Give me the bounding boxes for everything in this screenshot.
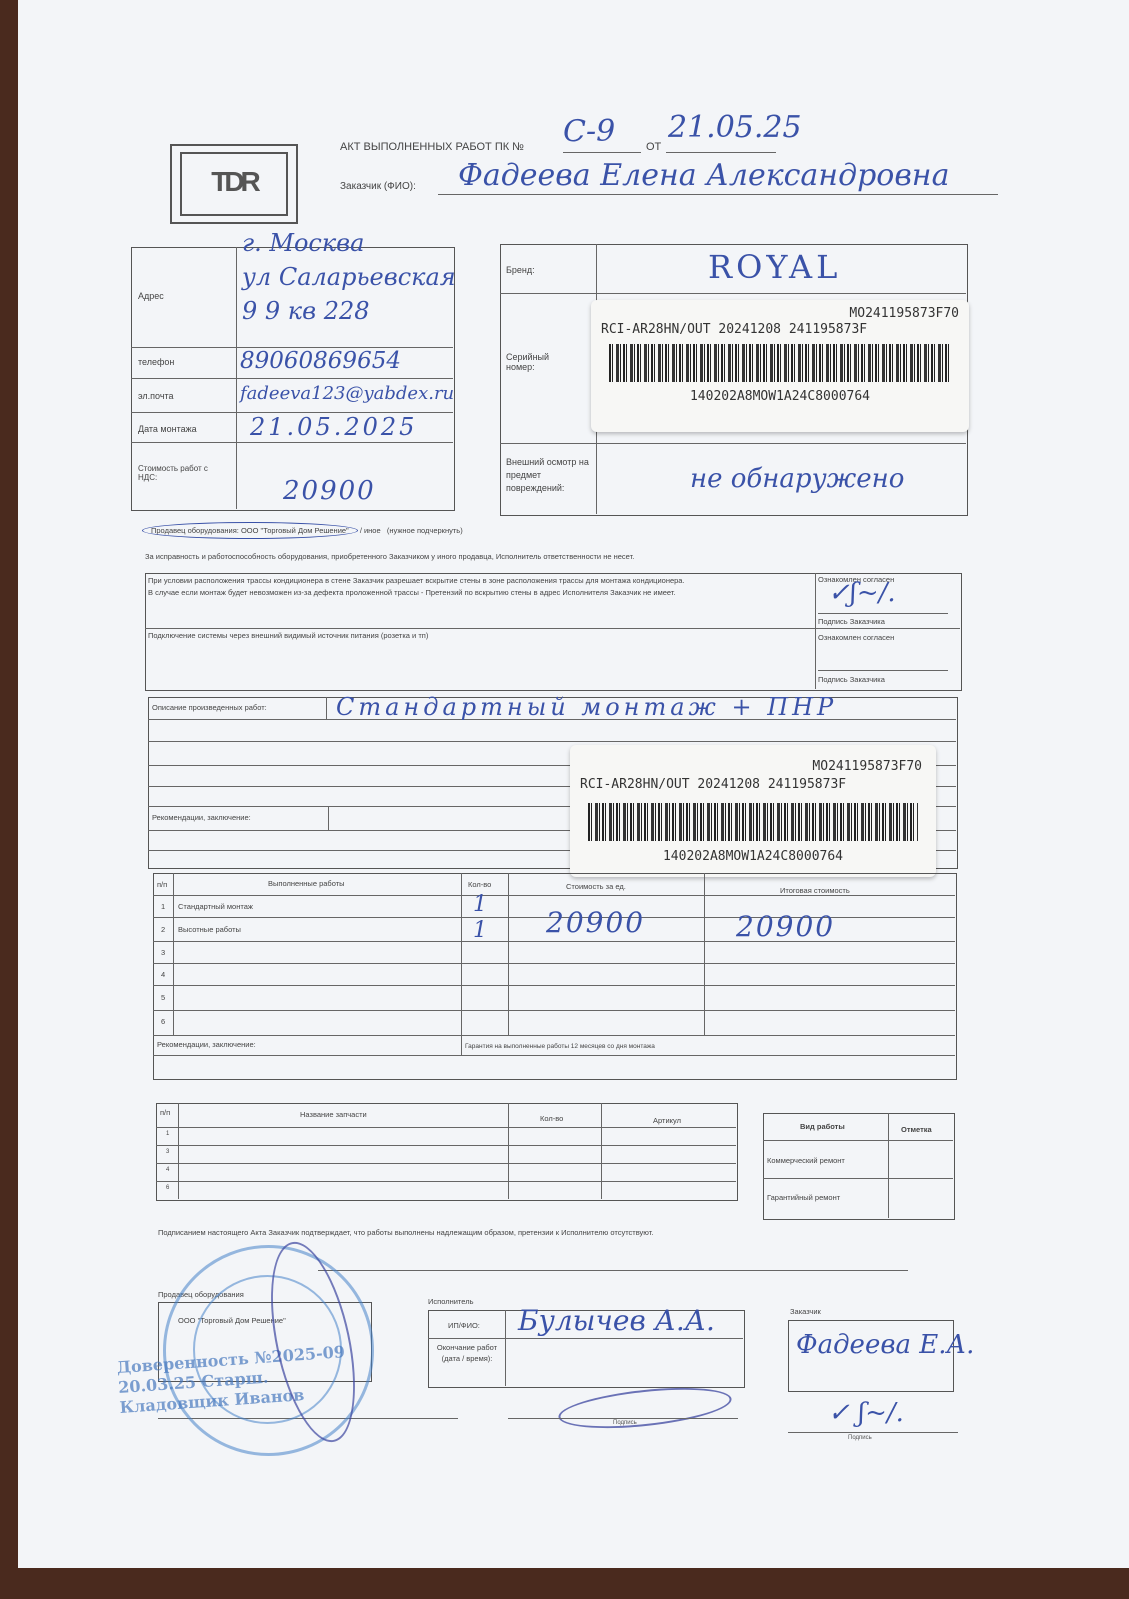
table-row: Гарантийный ремонт bbox=[767, 1193, 840, 1202]
customer-signature-label: Подпись bbox=[848, 1435, 872, 1441]
email-label: эл.почта bbox=[138, 391, 174, 401]
email-value: fadeeva123@yabdex.ru bbox=[240, 383, 454, 404]
table-row: 4 bbox=[161, 970, 165, 979]
serial-label: Серийный номер: bbox=[506, 352, 576, 372]
condition-2-text: Подключение системы через внешний видимы… bbox=[148, 631, 428, 640]
description-label: Описание произведенных работ: bbox=[152, 703, 267, 712]
seller-line: Продавец оборудования: ООО "Торговый Дом… bbox=[142, 522, 463, 539]
warranty-text: Гарантия на выполненные работы 12 месяце… bbox=[465, 1043, 655, 1050]
table-row: 1 bbox=[166, 1131, 169, 1137]
barcode bbox=[609, 344, 949, 382]
cost-value: 20900 bbox=[283, 476, 376, 506]
mark-header: Отметка bbox=[901, 1125, 932, 1134]
work-type-header: Вид работы bbox=[800, 1122, 845, 1131]
table-row: Коммерческий ремонт bbox=[767, 1156, 845, 1165]
phone-label: телефон bbox=[138, 357, 174, 367]
barcode-2 bbox=[588, 803, 918, 841]
phone-value: 89060869654 bbox=[240, 348, 401, 374]
works-header-name: Выполненные работы bbox=[268, 879, 345, 888]
end-date-label: Окончание работ (дата / время): bbox=[434, 1342, 500, 1364]
cost-label: Стоимость работ с НДС: bbox=[138, 464, 228, 482]
condition-2-sign-label: Подпись Заказчика bbox=[818, 675, 885, 684]
seller-disclaimer: За исправность и работоспособность обору… bbox=[145, 552, 634, 561]
parts-header-num: п/п bbox=[160, 1108, 170, 1117]
serial-sticker-2: MO241195873F70 RCI-AR28HN/OUT 20241208 2… bbox=[570, 745, 936, 877]
table-row: 3 bbox=[166, 1149, 169, 1155]
parts-header-name: Название запчасти bbox=[300, 1110, 367, 1119]
parts-header-qty: Кол-во bbox=[540, 1114, 563, 1123]
document-page: TDR АКТ ВЫПОЛНЕННЫХ РАБОТ ПК № С-9 ОТ 21… bbox=[18, 0, 1129, 1568]
confirmation-text: Подписанием настоящего Акта Заказчик под… bbox=[158, 1228, 653, 1237]
condition-2-agree: Ознакомлен согласен bbox=[818, 633, 894, 642]
condition-1-text: При условии расположения трассы кондицио… bbox=[148, 575, 808, 599]
executor-signature bbox=[557, 1381, 734, 1435]
customer-sign-label: Заказчик bbox=[790, 1307, 821, 1316]
condition-1-signature: ✓ʃ~/. bbox=[828, 578, 896, 608]
customer-name: Фадеева Елена Александровна bbox=[458, 158, 949, 193]
customer-signature: ✓ ʃ~/. bbox=[828, 1398, 904, 1428]
executor-fio-label: ИП/ФИО: bbox=[448, 1321, 480, 1330]
address-value: г. Москва ул Саларьевская 9 9 кв 228 bbox=[242, 226, 456, 328]
inspection-value: не обнаружено bbox=[690, 464, 904, 494]
description-recommend-label: Рекомендации, заключение: bbox=[152, 813, 251, 822]
parts-table bbox=[156, 1103, 738, 1201]
table-row: 6 bbox=[166, 1185, 169, 1191]
company-logo: TDR bbox=[170, 144, 298, 224]
brand-label: Бренд: bbox=[506, 265, 535, 275]
address-label: Адрес bbox=[138, 291, 164, 301]
table-row: 3 bbox=[161, 948, 165, 957]
brand-value: ROYAL bbox=[708, 248, 841, 286]
install-date-value: 21.05.2025 bbox=[250, 413, 417, 441]
works-header-total: Итоговая стоимость bbox=[780, 886, 850, 895]
executor-label: Исполнитель bbox=[428, 1297, 473, 1306]
install-date-label: Дата монтажа bbox=[138, 424, 197, 434]
works-recommend-label: Рекомендации, заключение: bbox=[157, 1040, 256, 1049]
logo-text: TDR bbox=[172, 166, 296, 198]
serial-sticker: MO241195873F70 RCI-AR28HN/OUT 20241208 2… bbox=[591, 300, 969, 432]
table-row: 5 bbox=[161, 993, 165, 1002]
act-number: С-9 bbox=[563, 114, 615, 149]
executor-name: Булычев А.А. bbox=[518, 1304, 715, 1337]
description-value: Стандартный монтаж + ПНР bbox=[336, 693, 837, 721]
condition-1-sign-label: Подпись Заказчика bbox=[818, 617, 885, 626]
date-label: ОТ bbox=[646, 141, 661, 153]
works-header-unit: Стоимость за ед. bbox=[566, 882, 626, 891]
act-title: АКТ ВЫПОЛНЕННЫХ РАБОТ ПК № bbox=[340, 141, 524, 153]
table-row: 6 bbox=[161, 1017, 165, 1026]
table-row: 4 bbox=[166, 1167, 169, 1173]
inspection-label: Внешний осмотр на предмет повреждений: bbox=[506, 456, 594, 495]
act-date: 21.05.25 bbox=[668, 110, 802, 145]
works-header-num: п/п bbox=[157, 880, 167, 889]
customer-sign-name: Фадеева Е.А. bbox=[796, 1330, 974, 1360]
works-header-qty: Кол-во bbox=[468, 880, 491, 889]
parts-header-article: Артикул bbox=[653, 1116, 681, 1125]
customer-label: Заказчик (ФИО): bbox=[340, 181, 416, 192]
executor-sign-label: Подпись bbox=[613, 1420, 637, 1426]
